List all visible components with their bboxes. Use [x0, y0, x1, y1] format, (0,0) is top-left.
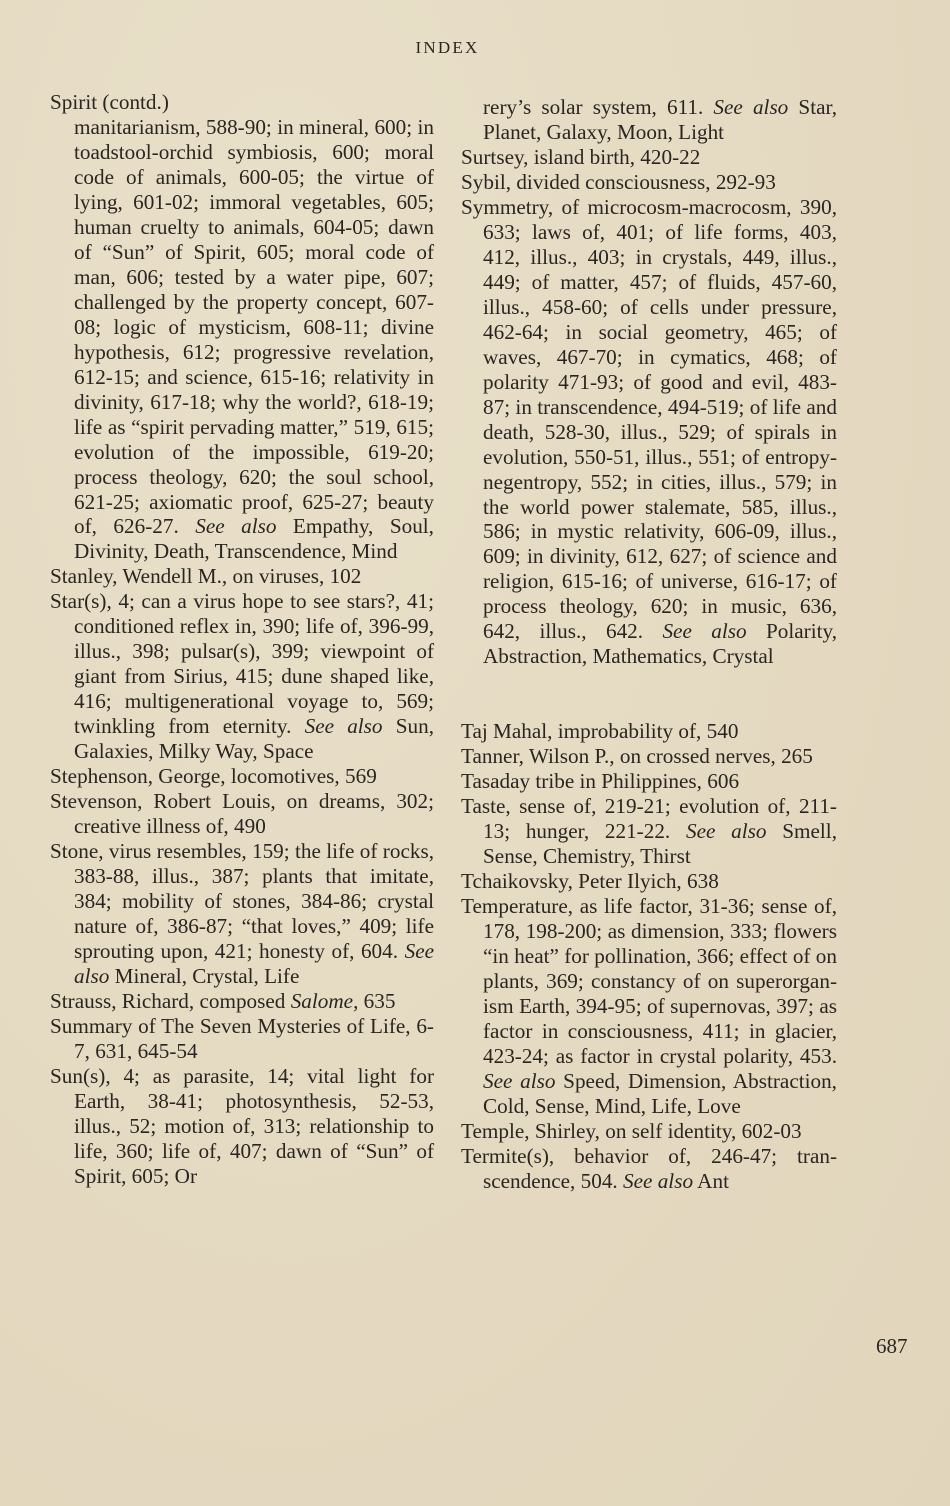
- entry-text: , 635: [353, 989, 395, 1013]
- entry-text: Tchaikovsky, Peter Ilyich, 638: [461, 869, 719, 893]
- entry-text: Stevenson, Robert Louis, on dreams, 302;…: [50, 789, 434, 838]
- index-entry: Surtsey, island birth, 420-22: [461, 145, 837, 170]
- entry-text: Sybil, divided consciousness, 292-93: [461, 170, 776, 194]
- entry-text: Temperature, as life factor, 31-36; sens…: [461, 894, 837, 1068]
- index-entry: Stone, virus resembles, 159; the life of…: [50, 839, 434, 989]
- index-entry: Tchaikovsky, Peter Ilyich, 638: [461, 869, 837, 894]
- index-entry: Tasaday tribe in Philippines, 606: [461, 769, 837, 794]
- index-entry: Taste, sense of, 219-21; evolution of, 2…: [461, 794, 837, 869]
- index-entry: Sun(s), 4; as parasite, 14; vital light …: [50, 1064, 434, 1189]
- index-entry: Temperature, as life factor, 31-36; sens…: [461, 894, 837, 1119]
- page-number: 687: [876, 1334, 908, 1359]
- see-also-label: See also: [713, 95, 788, 119]
- index-entry: Stephenson, George, locomotives, 569: [50, 764, 434, 789]
- see-also-label: See also: [662, 619, 746, 643]
- entry-text: Ant: [693, 1169, 729, 1193]
- index-column-left: Spirit (contd.)manitarianism, 588-90; in…: [50, 90, 434, 1189]
- entry-text: Taj Mahal, improbability of, 540: [461, 719, 738, 743]
- index-entry-continued: manitarianism, 588-90; in mineral, 600; …: [50, 115, 434, 564]
- index-entry: Taj Mahal, improbability of, 540: [461, 719, 837, 744]
- entry-text: Stephenson, George, locomotives, 569: [50, 764, 377, 788]
- entry-text: Symmetry, of microcosm-macro­cosm, 390, …: [461, 195, 837, 643]
- entry-text: Surtsey, island birth, 420-22: [461, 145, 700, 169]
- see-also-label: See also: [195, 514, 276, 538]
- entry-text: Stanley, Wendell M., on viruses, 102: [50, 564, 361, 588]
- entry-text: manitarianism, 588-90; in mineral, 600; …: [74, 115, 434, 539]
- see-also-label: See also: [305, 714, 383, 738]
- index-entry: Star(s), 4; can a virus hope to see star…: [50, 589, 434, 764]
- entry-text: Summary of The Seven Mysteries of Life, …: [50, 1014, 434, 1063]
- index-column-right: rery’s solar system, 611. See also Star,…: [461, 95, 837, 1194]
- entry-text: Spirit (contd.): [50, 90, 169, 114]
- entry-text: Sun(s), 4; as parasite, 14; vital light …: [50, 1064, 434, 1188]
- index-entry: Stevenson, Robert Louis, on dreams, 302;…: [50, 789, 434, 839]
- entry-text: Strauss, Richard, composed: [50, 989, 291, 1013]
- entry-text: Tanner, Wilson P., on crossed nerves, 26…: [461, 744, 813, 768]
- index-entry: Temple, Shirley, on self identity, 602-0…: [461, 1119, 837, 1144]
- index-entry: Termite(s), behavior of, 246-47; tran­sc…: [461, 1144, 837, 1194]
- running-head: INDEX: [0, 38, 895, 58]
- index-entry-continued: rery’s solar system, 611. See also Star,…: [461, 95, 837, 145]
- index-entry: Summary of The Seven Mysteries of Life, …: [50, 1014, 434, 1064]
- index-entry: Strauss, Richard, composed Salome, 635: [50, 989, 434, 1014]
- entry-text: Mineral, Crystal, Life: [109, 964, 299, 988]
- index-heading: Spirit (contd.): [50, 90, 434, 115]
- index-entry: Symmetry, of microcosm-macro­cosm, 390, …: [461, 195, 837, 669]
- entry-text: Tasaday tribe in Philippines, 606: [461, 769, 739, 793]
- entry-text: rery’s solar system, 611.: [483, 95, 713, 119]
- see-also-label: See also: [623, 1169, 693, 1193]
- index-entry: Sybil, divided consciousness, 292-93: [461, 170, 837, 195]
- see-also-label: Salome: [291, 989, 353, 1013]
- index-entry: Tanner, Wilson P., on crossed nerves, 26…: [461, 744, 837, 769]
- see-also-label: See also: [686, 819, 767, 843]
- entry-text: Temple, Shirley, on self identity, 602-0…: [461, 1119, 802, 1143]
- entry-text: Stone, virus resembles, 159; the life of…: [50, 839, 434, 963]
- letter-section-gap: [461, 669, 837, 719]
- index-entry: Stanley, Wendell M., on viruses, 102: [50, 564, 434, 589]
- see-also-label: See also: [483, 1069, 555, 1093]
